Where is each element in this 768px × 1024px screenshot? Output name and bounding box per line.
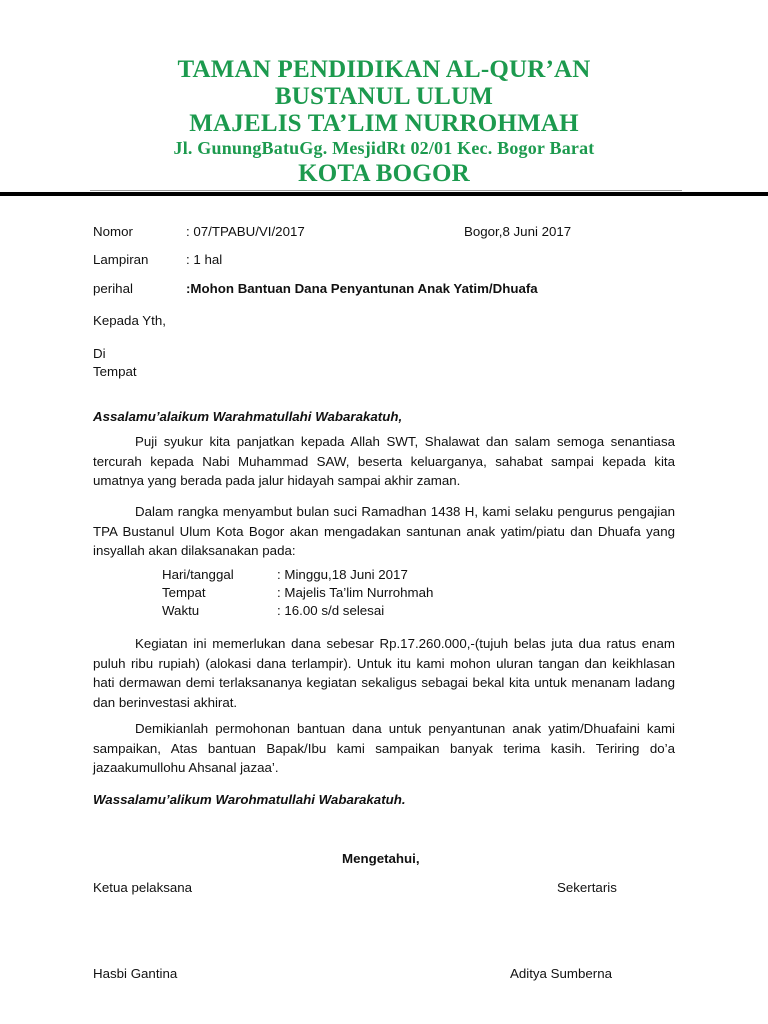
event-date-value: : Minggu,18 Juni 2017	[277, 565, 408, 584]
event-time-value: : 16.00 s/d selesai	[277, 601, 384, 620]
event-date-label: Hari/tanggal	[162, 565, 234, 584]
lampiran-value: : 1 hal	[186, 250, 222, 269]
signature-right-role: Sekertaris	[557, 878, 617, 897]
event-place-value: : Majelis Ta’lim Nurrohmah	[277, 583, 433, 602]
event-place-label: Tempat	[162, 583, 206, 602]
perihal-value: :Mohon Bantuan Dana Penyantunan Anak Yat…	[186, 279, 538, 298]
recipient-di: Di	[93, 344, 106, 363]
recipient-salutation: Kepada Yth,	[93, 311, 166, 330]
letterhead-thin-divider	[90, 190, 682, 191]
institution-address: Jl. GunungBatuGg. MesjidRt 02/01 Kec. Bo…	[0, 137, 768, 159]
letterhead-thick-divider	[0, 192, 768, 196]
nomor-value: : 07/TPABU/VI/2017	[186, 222, 305, 241]
paragraph-purpose-text: Dalam rangka menyambut bulan suci Ramadh…	[93, 504, 675, 558]
letter-date: Bogor,8 Juni 2017	[464, 222, 571, 241]
closing-greeting: Wassalamu’alikum Warohmatullahi Wabaraka…	[93, 790, 406, 809]
paragraph-closing-text: Demikianlah permohonan bantuan dana untu…	[93, 721, 675, 775]
acknowledged-label: Mengetahui,	[342, 849, 420, 868]
paragraph-closing: Demikianlah permohonan bantuan dana untu…	[93, 719, 675, 778]
nomor-label: Nomor	[93, 222, 133, 241]
recipient-tempat: Tempat	[93, 362, 137, 381]
opening-greeting: Assalamu’alaikum Warahmatullahi Wabaraka…	[93, 407, 402, 426]
event-time-label: Waktu	[162, 601, 199, 620]
paragraph-funding: Kegiatan ini memerlukan dana sebesar Rp.…	[93, 634, 675, 712]
paragraph-funding-text: Kegiatan ini memerlukan dana sebesar Rp.…	[93, 636, 675, 710]
signature-left-name: Hasbi Gantina	[93, 964, 177, 983]
majelis-name: MAJELIS TA’LIM NURROHMAH	[0, 110, 768, 137]
paragraph-opening-text: Puji syukur kita panjatkan kepada Allah …	[93, 434, 675, 488]
lampiran-label: Lampiran	[93, 250, 148, 269]
institution-name: TAMAN PENDIDIKAN AL-QUR’AN	[0, 56, 768, 83]
paragraph-opening: Puji syukur kita panjatkan kepada Allah …	[93, 432, 675, 491]
perihal-label: perihal	[93, 279, 133, 298]
institution-city: KOTA BOGOR	[0, 159, 768, 189]
signature-right-name: Aditya Sumberna	[510, 964, 612, 983]
paragraph-purpose: Dalam rangka menyambut bulan suci Ramadh…	[93, 502, 675, 561]
institution-subname: BUSTANUL ULUM	[0, 83, 768, 110]
letterhead: TAMAN PENDIDIKAN AL-QUR’AN BUSTANUL ULUM…	[0, 56, 768, 189]
signature-left-role: Ketua pelaksana	[93, 878, 192, 897]
